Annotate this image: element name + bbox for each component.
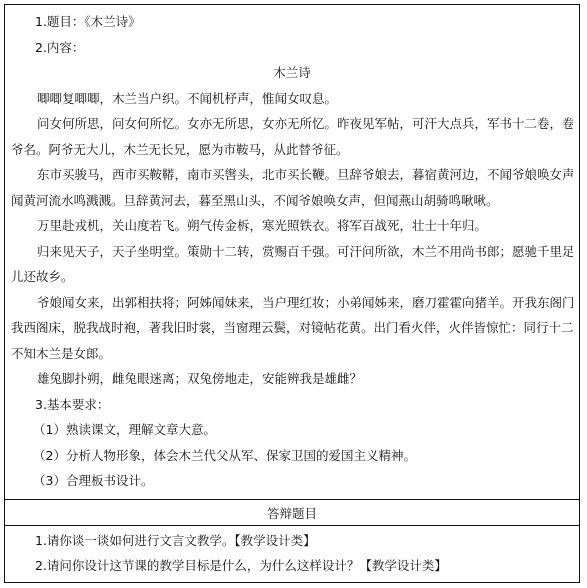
poem-line: 归来见天子，天子坐明堂。策勋十二转，赏赐百千强。可汗问所欲，木兰不用尚书郎；愿驰… <box>11 239 573 265</box>
poem-line: 爷娘闻女来，出郭相扶将；阿姊闻妹来，当户理红妆；小弟闻姊来，磨刀霍霍向猪羊。开我… <box>11 290 573 316</box>
requirement-item: （1）熟读课文，理解文章大意。 <box>11 417 573 443</box>
question-item: 2.请问你设计这节课的教学目标是什么，为什么这样设计？【教学设计类】 <box>11 553 573 578</box>
section-header: 答辩题目 <box>5 499 579 526</box>
poem-line: 儿还故乡。 <box>11 264 573 290</box>
poem-line: 问女何所思，问女何所忆。女亦无所思，女亦无所忆。昨夜见军帖，可汗大点兵，军书十二… <box>11 111 573 137</box>
question-item: 1.请你谈一谈如何进行文言文教学。【教学设计类】 <box>11 528 573 553</box>
poem-line: 爷名。阿爷无大儿，木兰无长兄，愿为市鞍马，从此替爷征。 <box>11 137 573 163</box>
poem-line: 我西阁床，脱我战时袍，著我旧时裳，当窗理云鬓，对镜帖花黄。出门看火伴，火伴皆惊忙… <box>11 315 573 341</box>
content-label: 2.内容： <box>11 35 573 61</box>
requirement-item: （2）分析人物形象，体会木兰代父从军、保家卫国的爱国主义精神。 <box>11 443 573 469</box>
exam-table: 1.题目：《木兰诗》 2.内容： 木兰诗 唧唧复唧唧，木兰当户织。不闻机杼声，惟… <box>4 4 580 583</box>
requirements-label: 3.基本要求： <box>11 392 573 418</box>
poem-title: 木兰诗 <box>11 60 573 86</box>
poem-line: 不知木兰是女郎。 <box>11 341 573 367</box>
content-cell: 1.题目：《木兰诗》 2.内容： 木兰诗 唧唧复唧唧，木兰当户织。不闻机杼声，惟… <box>5 5 579 499</box>
poem-line: 闻黄河流水鸣溅溅。旦辞黄河去，暮至黑山头，不闻爷娘唤女声，但闻燕山胡骑鸣啾啾。 <box>11 188 573 214</box>
requirement-item: （3）合理板书设计。 <box>11 468 573 494</box>
poem-line: 万里赴戎机，关山度若飞。朔气传金柝，寒光照铁衣。将军百战死，壮士十年归。 <box>11 213 573 239</box>
topic-line: 1.题目：《木兰诗》 <box>11 9 573 35</box>
questions-cell: 1.请你谈一谈如何进行文言文教学。【教学设计类】 2.请问你设计这节课的教学目标… <box>5 526 579 582</box>
poem-line: 唧唧复唧唧，木兰当户织。不闻机杼声，惟闻女叹息。 <box>11 86 573 112</box>
poem-line: 东市买骏马，西市买鞍鞯，南市买辔头，北市买长鞭。旦辞爷娘去，暮宿黄河边，不闻爷娘… <box>11 162 573 188</box>
poem-line: 雄兔脚扑朔，雌兔眼迷离；双兔傍地走，安能辨我是雄雌？ <box>11 366 573 392</box>
